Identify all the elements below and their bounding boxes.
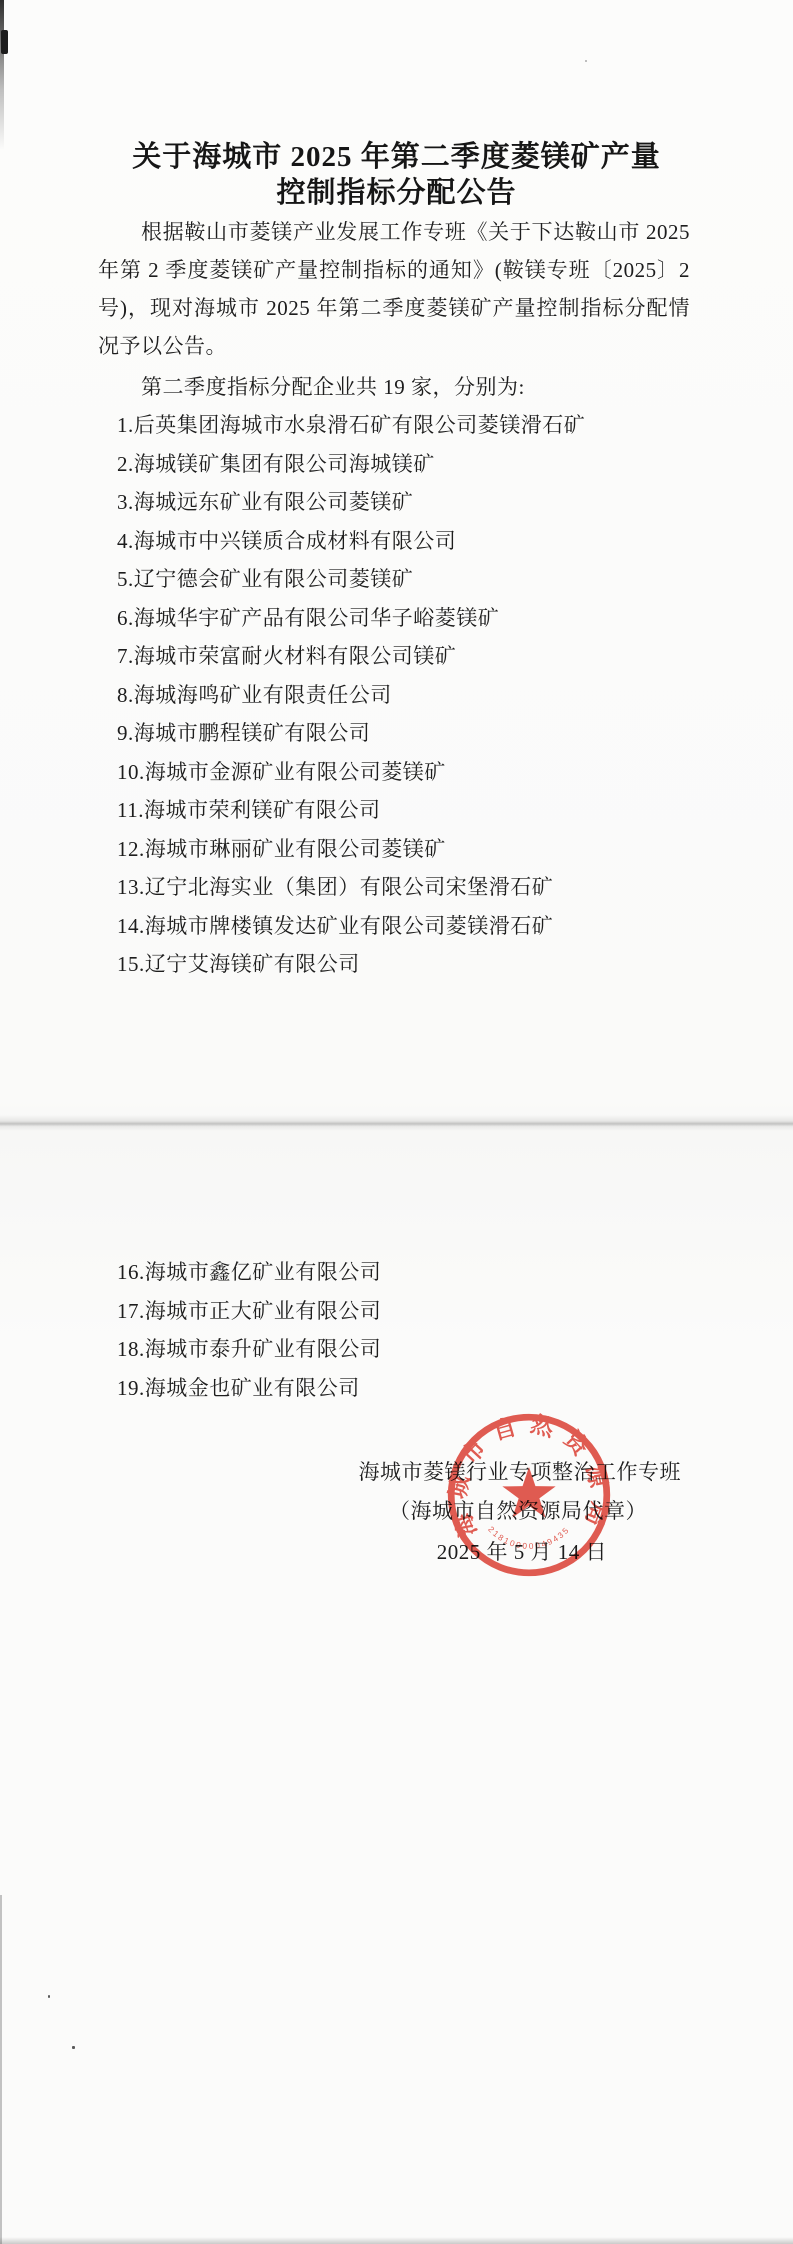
company-item: 8.海城海鸣矿业有限责任公司 — [98, 676, 690, 715]
company-item: 18.海城市泰升矿业有限公司 — [98, 1330, 690, 1369]
company-item: 12.海城市琳丽矿业有限公司菱镁矿 — [98, 830, 690, 869]
company-item: 4.海城市中兴镁质合成材料有限公司 — [98, 522, 690, 561]
company-item: 7.海城市荣富耐火材料有限公司镁矿 — [98, 637, 690, 676]
document-title-line2: 控制指标分配公告 — [0, 175, 793, 211]
signature-issuer: 海城市菱镁行业专项整治工作专班 — [359, 1453, 682, 1491]
company-item: 14.海城市牌楼镇发达矿业有限公司菱镁滑石矿 — [98, 907, 690, 946]
list-heading: 第二季度指标分配企业共 19 家，分别为: — [98, 368, 690, 406]
intro-line: 年第 2 季度菱镁矿产量控制指标的通知》(鞍镁专班〔2025〕2 — [98, 251, 690, 289]
signature-date: 2025 年 5 月 14 日 — [437, 1533, 607, 1571]
company-item: 15.辽宁艾海镁矿有限公司 — [98, 945, 690, 984]
scan-speck — [72, 2046, 75, 2049]
company-item: 3.海城远东矿业有限公司菱镁矿 — [98, 483, 690, 522]
company-item: 16.海城市鑫亿矿业有限公司 — [98, 1253, 690, 1292]
scan-artifact-left-top — [0, 0, 4, 150]
company-item: 6.海城华宇矿产品有限公司华子峪菱镁矿 — [98, 599, 690, 638]
document-title-line1: 关于海城市 2025 年第二季度菱镁矿产量 — [0, 139, 793, 175]
company-list-page2: 16.海城市鑫亿矿业有限公司 17.海城市正大矿业有限公司 18.海城市泰升矿业… — [98, 1253, 690, 1407]
company-item: 13.辽宁北海实业（集团）有限公司宋堡滑石矿 — [98, 868, 690, 907]
scan-speck — [48, 1995, 50, 1998]
scan-speck — [585, 60, 587, 62]
company-item: 11.海城市荣利镁矿有限公司 — [98, 791, 690, 830]
intro-line: 号)，现对海城市 2025 年第二季度菱镁矿产量控制指标分配情 — [98, 289, 690, 327]
company-item: 1.后英集团海城市水泉滑石矿有限公司菱镁滑石矿 — [98, 406, 690, 445]
document-scan: { "page": { "title": { "line1": "关于海城市 2… — [0, 0, 793, 2244]
intro-paragraph: 根据鞍山市菱镁产业发展工作专班《关于下达鞍山市 2025 年第 2 季度菱镁矿产… — [98, 213, 690, 365]
scan-artifact-mark — [1, 30, 8, 54]
company-item: 17.海城市正大矿业有限公司 — [98, 1292, 690, 1331]
company-list-page1: 1.后英集团海城市水泉滑石矿有限公司菱镁滑石矿 2.海城镁矿集团有限公司海城镁矿… — [98, 406, 690, 984]
company-item: 9.海城市鹏程镁矿有限公司 — [98, 714, 690, 753]
intro-line: 况予以公告。 — [98, 327, 690, 365]
company-item: 19.海城金也矿业有限公司 — [98, 1369, 690, 1408]
company-item: 5.辽宁德会矿业有限公司菱镁矿 — [98, 560, 690, 599]
scan-artifact-left-bottom — [0, 1895, 2, 2244]
document-title: 关于海城市 2025 年第二季度菱镁矿产量 控制指标分配公告 — [0, 139, 793, 211]
page-seam — [0, 1115, 793, 1131]
intro-line: 根据鞍山市菱镁产业发展工作专班《关于下达鞍山市 2025 — [98, 213, 690, 251]
signature-seal-note: （海城市自然资源局代章） — [389, 1492, 647, 1530]
scan-bottom-edge — [0, 2237, 793, 2244]
company-item: 2.海城镁矿集团有限公司海城镁矿 — [98, 445, 690, 484]
company-item: 10.海城市金源矿业有限公司菱镁矿 — [98, 753, 690, 792]
